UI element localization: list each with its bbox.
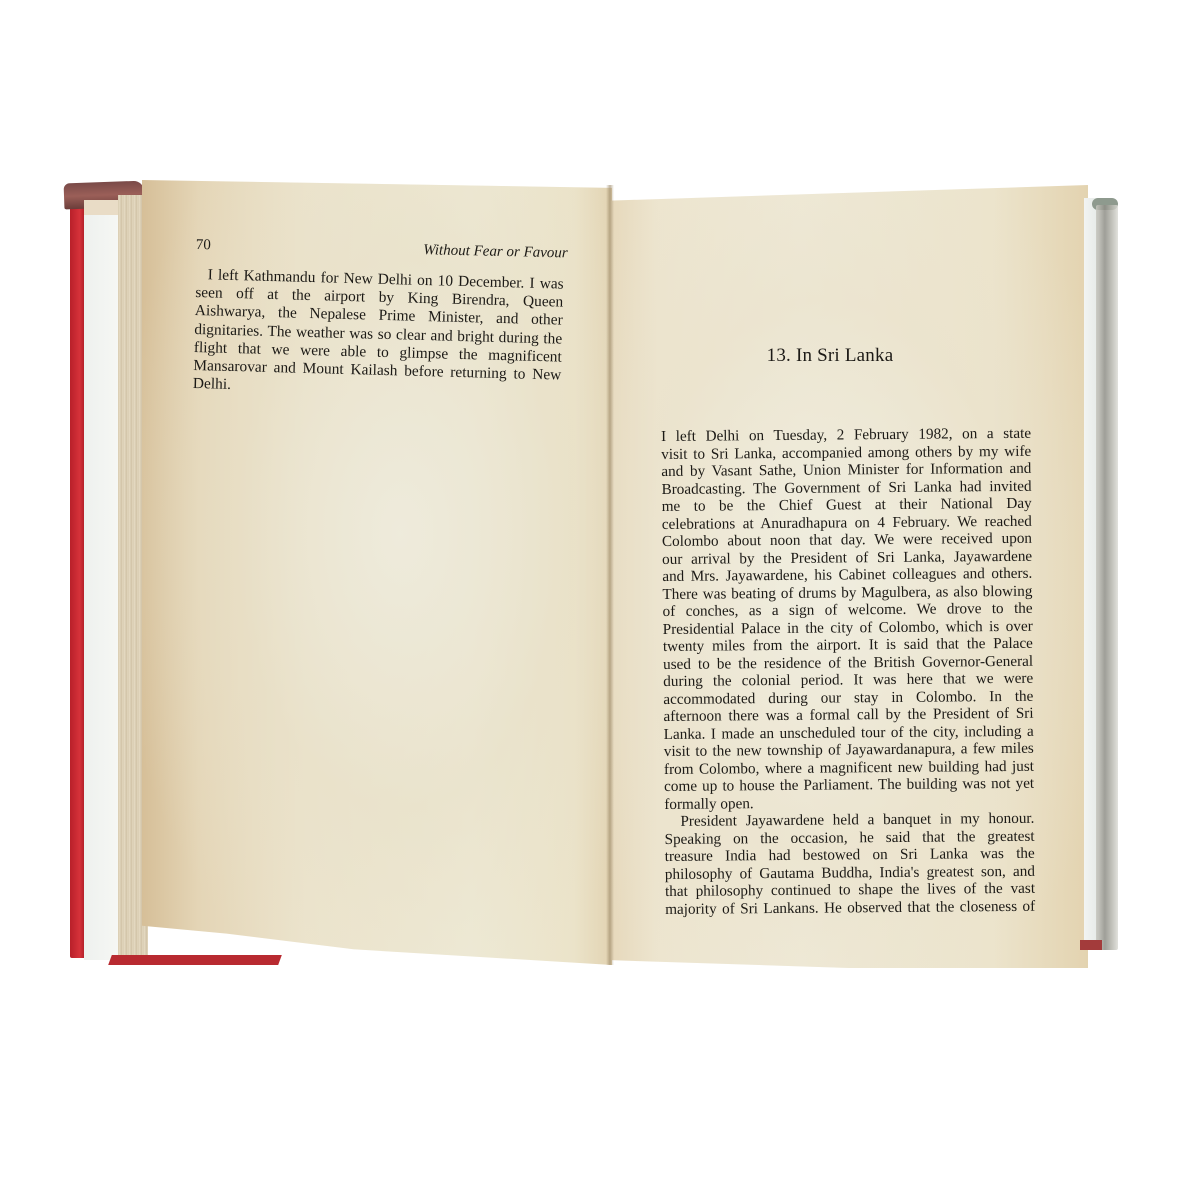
text-line: majority of Sri Lankans. He observed tha… — [665, 897, 1035, 918]
paragraph: I left Kathmandu for New Delhi on 10 Dec… — [193, 266, 564, 403]
open-book-photo: 70 Without Fear or Favour I left Kathman… — [0, 0, 1200, 1200]
page-number: 70 — [196, 237, 211, 254]
paragraph: I left Delhi on Tuesday, 2 February 1982… — [661, 425, 1034, 813]
running-head-title: Without Fear or Favour — [423, 242, 568, 262]
left-page-body: I left Kathmandu for New Delhi on 10 Dec… — [193, 266, 564, 403]
chapter-title: 13. In Sri Lanka — [690, 345, 970, 367]
red-cover-bottom-right — [1080, 940, 1102, 950]
book-gutter — [606, 185, 614, 965]
worn-cover-edge-right — [1096, 205, 1118, 950]
right-page-body: I left Delhi on Tuesday, 2 February 1982… — [661, 425, 1035, 918]
red-cover-bottom-edge — [108, 955, 282, 965]
paragraph: President Jayawardene held a banquet in … — [664, 810, 1035, 918]
text-line: come up to house the Parliament. The bui… — [664, 775, 1034, 796]
